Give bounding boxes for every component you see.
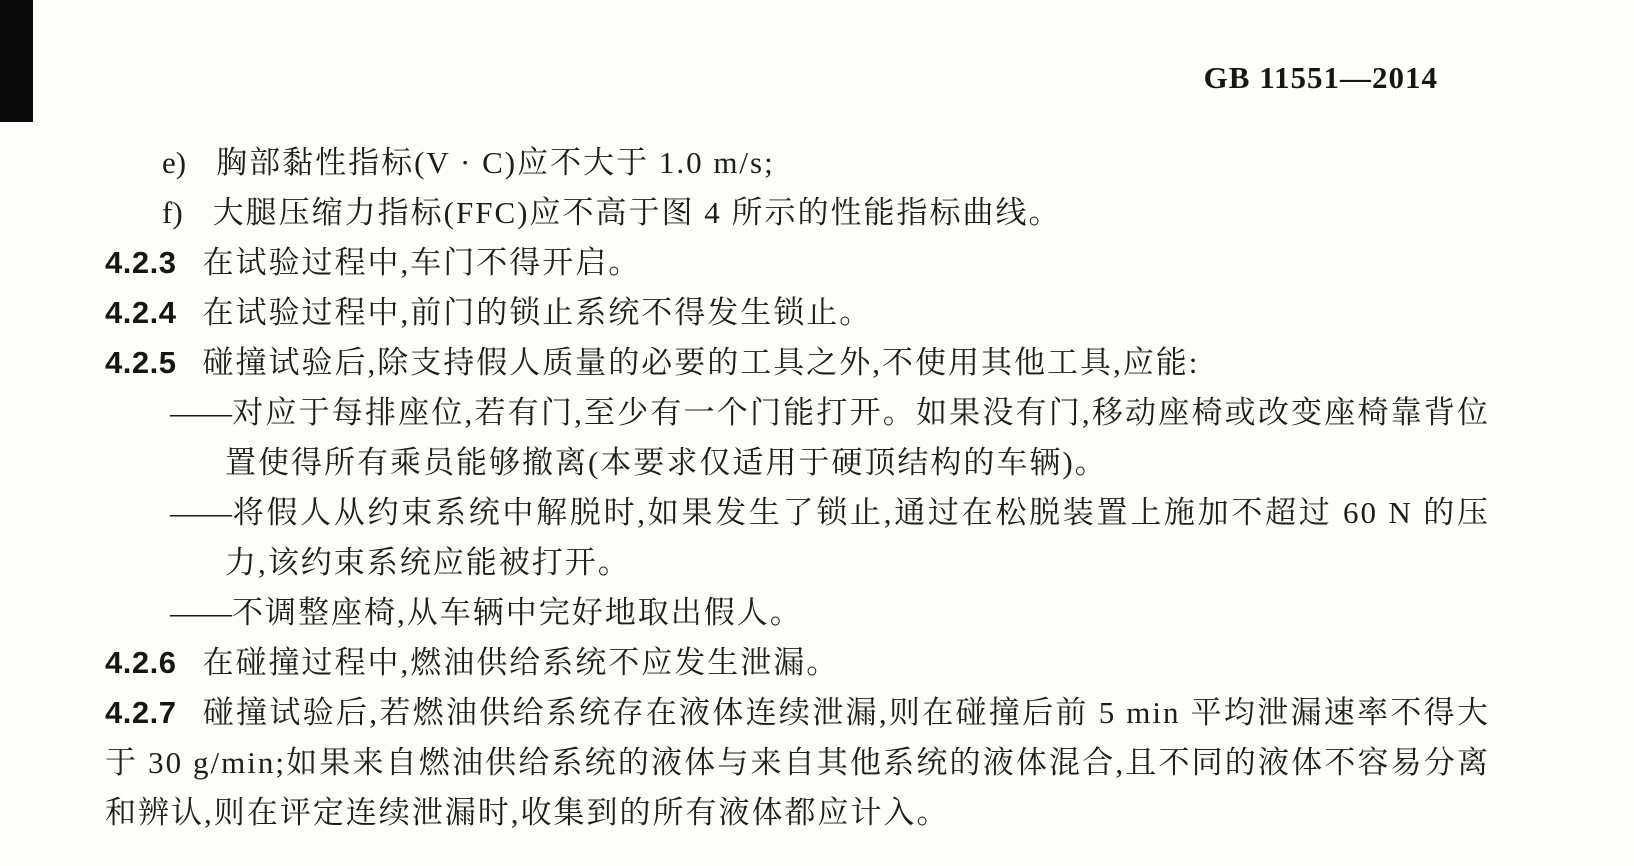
clause-text: 在碰撞过程中,燃油供给系统不应发生泄漏。: [202, 645, 839, 680]
clause-text: 碰撞试验后,除支持假人质量的必要的工具之外,不使用其他工具,应能:: [202, 345, 1199, 380]
list-item-label: f): [162, 188, 183, 238]
list-item-text: 大腿压缩力指标(FFC)应不高于图 4 所示的性能指标曲线。: [213, 195, 1062, 230]
dash-mark: ——: [170, 495, 232, 530]
clause-number: 4.2.6: [105, 645, 176, 680]
clause-number: 4.2.3: [105, 245, 176, 280]
doc-number: GB 11551—2014: [1204, 60, 1438, 96]
dash-item-text: 对应于每排座位,若有门,至少有一个门能打开。如果没有门,移动座椅或改变座椅靠背位…: [225, 395, 1490, 480]
document-body: e)胸部黏性指标(V · C)应不大于 1.0 m/s; f)大腿压缩力指标(F…: [105, 138, 1490, 838]
scan-edge-artifact: [0, 0, 33, 122]
list-item-e: e)胸部黏性指标(V · C)应不大于 1.0 m/s;: [105, 138, 1490, 188]
dash-mark: ——: [170, 595, 232, 630]
clause-4-2-4: 4.2.4在试验过程中,前门的锁止系统不得发生锁止。: [105, 288, 1490, 338]
dash-item-3: ——不调整座椅,从车辆中完好地取出假人。: [105, 588, 1490, 638]
clause-4-2-6: 4.2.6在碰撞过程中,燃油供给系统不应发生泄漏。: [105, 638, 1490, 688]
clause-4-2-5: 4.2.5碰撞试验后,除支持假人质量的必要的工具之外,不使用其他工具,应能:: [105, 338, 1490, 388]
clause-4-2-7: 4.2.7碰撞试验后,若燃油供给系统存在液体连续泄漏,则在碰撞后前 5 min …: [105, 688, 1490, 838]
clause-number: 4.2.7: [105, 695, 176, 730]
clause-4-2-3: 4.2.3在试验过程中,车门不得开启。: [105, 238, 1490, 288]
dash-item-text: 不调整座椅,从车辆中完好地取出假人。: [232, 595, 803, 630]
dash-item-2: ——将假人从约束系统中解脱时,如果发生了锁止,通过在松脱装置上施加不超过 60 …: [105, 488, 1490, 588]
clause-number: 4.2.5: [105, 345, 176, 380]
clause-text: 在试验过程中,车门不得开启。: [202, 245, 641, 280]
dash-item-1: ——对应于每排座位,若有门,至少有一个门能打开。如果没有门,移动座椅或改变座椅靠…: [105, 388, 1490, 488]
clause-text: 在试验过程中,前门的锁止系统不得发生锁止。: [202, 295, 872, 330]
dash-mark: ——: [170, 395, 232, 430]
list-item-f: f)大腿压缩力指标(FFC)应不高于图 4 所示的性能指标曲线。: [105, 188, 1490, 238]
dash-item-text: 将假人从约束系统中解脱时,如果发生了锁止,通过在松脱装置上施加不超过 60 N …: [225, 495, 1490, 580]
list-item-label: e): [162, 138, 186, 188]
clause-text: 碰撞试验后,若燃油供给系统存在液体连续泄漏,则在碰撞后前 5 min 平均泄漏速…: [105, 695, 1490, 830]
document-page: GB 11551—2014 e)胸部黏性指标(V · C)应不大于 1.0 m/…: [0, 0, 1634, 866]
clause-number: 4.2.4: [105, 295, 176, 330]
list-item-text: 胸部黏性指标(V · C)应不大于 1.0 m/s;: [216, 145, 775, 180]
